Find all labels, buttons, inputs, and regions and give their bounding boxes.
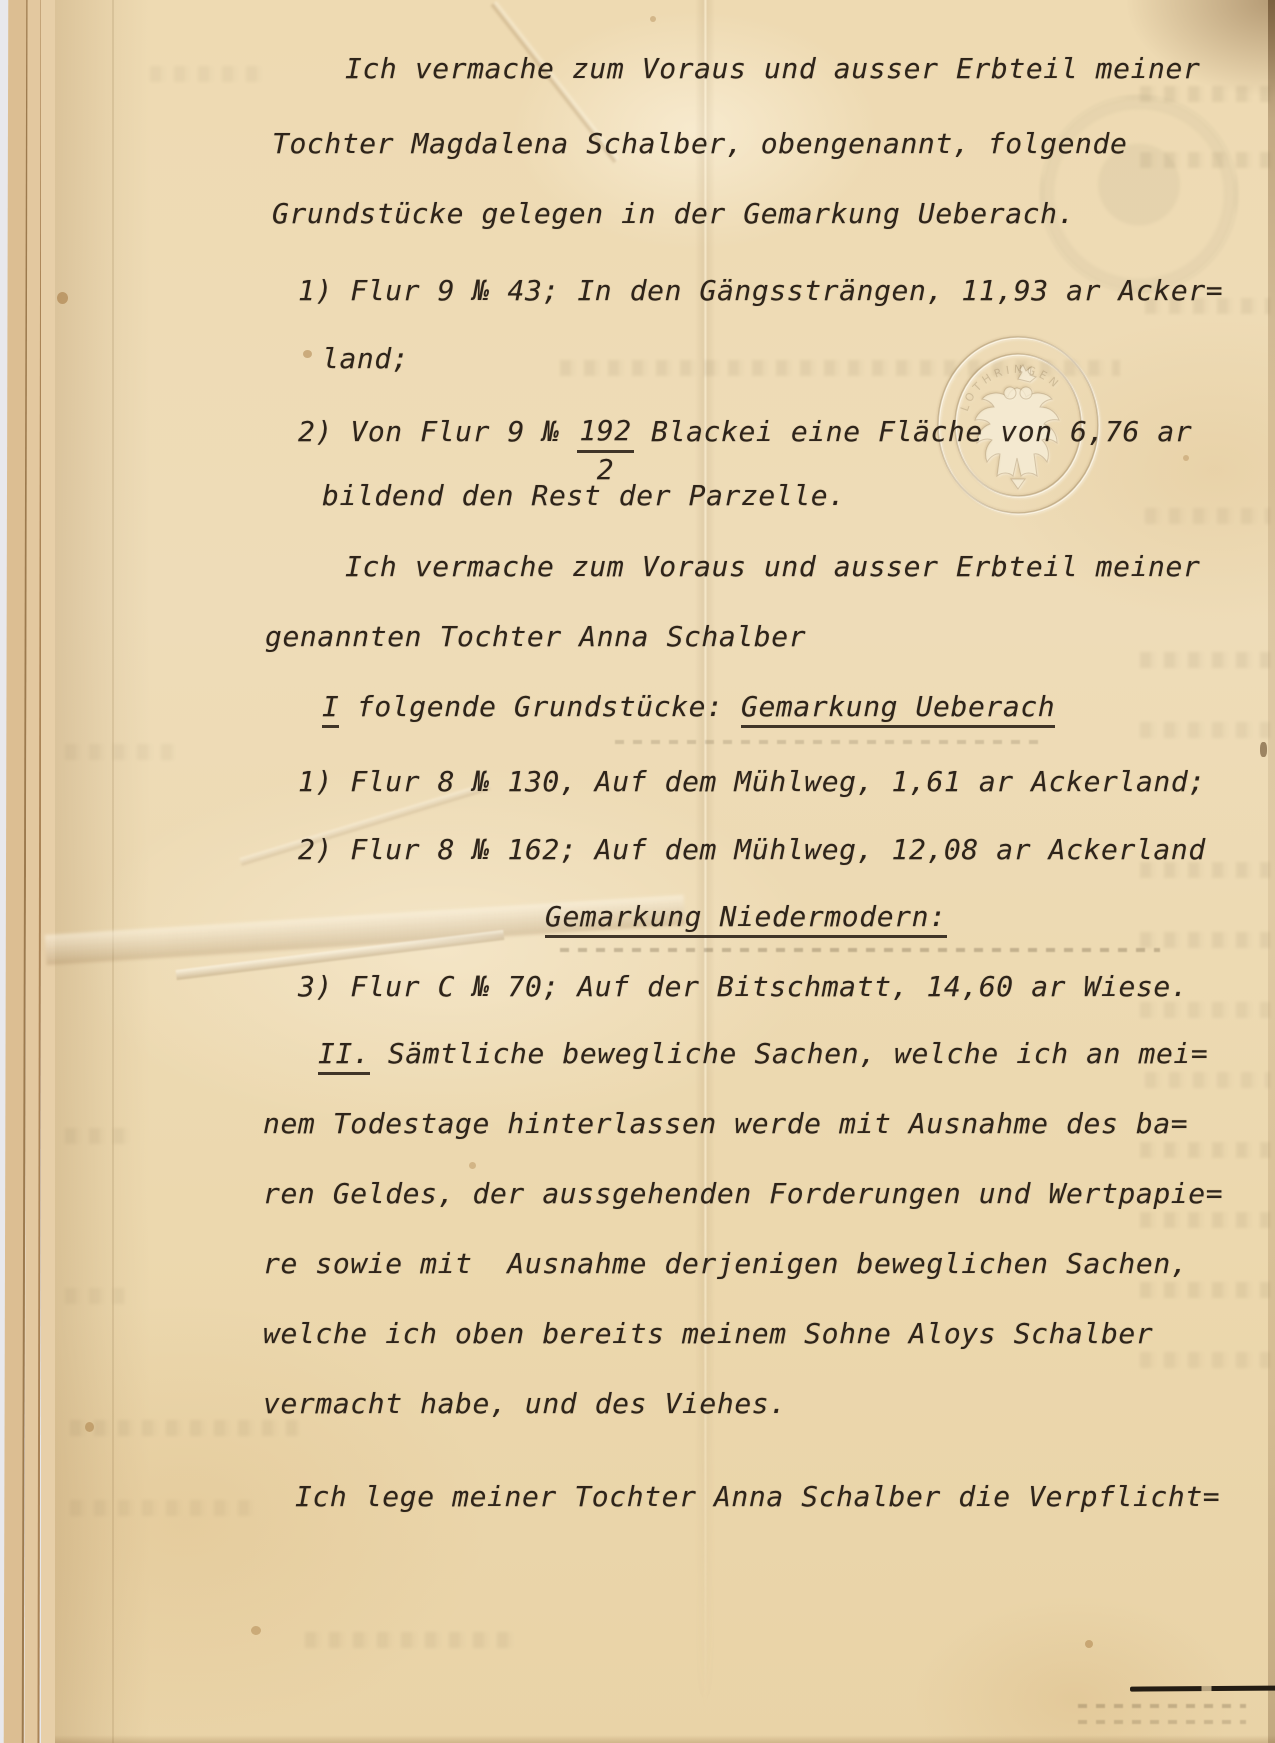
bleedthrough-smudge [1140,722,1270,738]
foxing-spot [251,1626,261,1635]
bleedthrough-smudge [1140,652,1270,668]
fraction-192-over-2: 1922 [577,415,633,486]
bleedthrough-smudge [70,1420,300,1436]
bleedthrough-dashes [560,948,1160,952]
ink-mark [1260,742,1267,757]
section-heading: Gemarkung Niedermodern: [545,900,947,934]
text-line: 1) Flur 8 № 130, Auf dem Mühlweg, 1,61 a… [298,765,1206,799]
bleedthrough-smudge [1140,1352,1270,1368]
text-line: ren Geldes, der aussgehenden Forderungen… [263,1177,1223,1211]
foxing-spot [57,292,68,304]
foxing-spot [303,350,312,358]
bleedthrough-smudge [1140,1212,1270,1228]
text-line: Ich vermache zum Voraus und ausser Erbte… [345,52,1200,86]
bleedthrough-smudge [1145,1072,1270,1088]
bleedthrough-smudge [1145,508,1270,524]
text-line: 2) Von Flur 9 № 1922 Blackei eine Fläche… [298,415,1192,486]
bleedthrough-smudge [70,1500,260,1516]
text-line: Ich lege meiner Tochter Anna Schalber di… [295,1480,1220,1514]
bleedthrough-smudge [1140,1142,1270,1158]
text-line: welche ich oben bereits meinem Sohne Alo… [263,1317,1153,1351]
text-line: 1) Flur 9 № 43; In den Gängssträngen, 11… [298,274,1223,308]
foxing-spot [650,16,656,22]
bleedthrough-smudge [65,1128,135,1144]
scanned-testament-page: { "colors": { "paper": "#eedab2", "ink":… [0,0,1275,1743]
text-line: land; [322,342,409,376]
bleedthrough-dashes [615,740,1045,744]
signature-rule [1130,1685,1275,1691]
binding-gutter-shadow [55,0,150,1743]
page-edge-strip [24,0,42,1743]
page-edge-strip [41,0,56,1743]
foxing-spot [1085,1640,1093,1648]
text-line: vermacht habe, und des Viehes. [263,1387,787,1421]
bleedthrough-smudge [1140,1002,1270,1018]
bleedthrough-dashes [1078,1704,1246,1708]
text-line: bildend den Rest der Parzelle. [322,479,846,513]
bleedthrough-smudge [1140,932,1270,948]
text-line: re sowie mit Ausnahme derjenigen bewegli… [263,1247,1188,1281]
text-line: Ich vermache zum Voraus und ausser Erbte… [345,550,1200,584]
page-bottom-edge [55,1735,1275,1743]
bleedthrough-dashes [1078,1720,1246,1724]
foxing-spot [469,1162,476,1169]
bleedthrough-smudge [65,744,175,760]
text-line: II. Sämtliche bewegliche Sachen, welche … [318,1037,1208,1071]
text-line: Tochter Magdalena Schalber, obengenannt,… [272,127,1127,161]
bleedthrough-smudge [305,1632,515,1648]
text-line: I folgende Grundstücke: Gemarkung Uebera… [322,690,1055,724]
ghost-stamp [1040,95,1238,293]
bleedthrough-smudge [65,1288,125,1304]
bleedthrough-smudge [150,66,270,82]
text-line: 3) Flur C № 70; Auf der Bitschmatt, 14,6… [298,970,1188,1004]
text-line: nem Todestage hinterlassen werde mit Aus… [263,1107,1188,1141]
text-line: Grundstücke gelegen in der Gemarkung Ueb… [272,197,1075,231]
text-line: genannten Tochter Anna Schalber [265,620,806,654]
text-line: 2) Flur 8 № 162; Auf dem Mühlweg, 12,08 … [298,833,1206,867]
document-page: LOTHRINGEN Ich vermache zum Voraus und a… [55,0,1275,1743]
bleedthrough-smudge [1140,1282,1270,1298]
